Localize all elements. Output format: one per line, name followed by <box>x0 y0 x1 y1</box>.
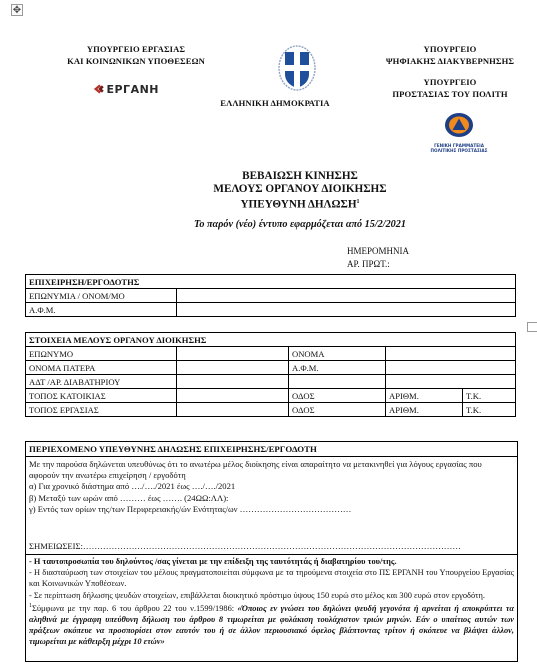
footnote-lead: Σύμφωνα με την παρ. 6 του άρθρου 22 του … <box>32 604 238 613</box>
declaration-hours[interactable]: β) Μεταξύ των ωρών από ……… έως ……. (24ΩΩ… <box>29 493 514 504</box>
company-name-label: ΕΠΩΝΥΜΙΑ / ΟΝΟΜ/ΜΟ <box>26 289 177 303</box>
title-line-2: ΜΕΛΟΥΣ ΟΡΓΑΝΟΥ ΔΙΟΙΚΗΣΗΣ <box>150 183 450 196</box>
declaration-content: Με την παρούσα δηλώνεται υπευθύνως ότι τ… <box>26 457 517 538</box>
hellenic-republic-label: ΕΛΛΗΝΙΚΗ ΔΗΜΟΚΡΑΤΙΑ <box>215 97 335 109</box>
labour-ministry-line-2: ΚΑΙ ΚΟΙΝΩΝΙΚΩΝ ΥΠΟΘΕΣΕΩΝ <box>56 55 216 67</box>
employer-tax-id-field[interactable] <box>177 303 516 317</box>
member-tax-id-field[interactable] <box>386 361 516 375</box>
rule-verification: - Η διασταύρωση των στοιχείων του μέλους… <box>29 567 514 589</box>
residence-label: ΤΟΠΟΣ ΚΑΤΟΙΚΙΑΣ <box>26 389 177 403</box>
workplace-number-label[interactable]: ΑΡΙΘΜ. <box>386 403 463 417</box>
employer-table: ΕΠΙΧΕΙΡΗΣΗ/ΕΡΓΟΔΟΤΗΣ ΕΠΩΝΥΜΙΑ / ΟΝΟΜ/ΜΟ … <box>25 274 516 317</box>
residence-street-label[interactable]: ΟΔΟΣ <box>289 389 386 403</box>
residence-postcode-label[interactable]: Τ.Κ. <box>463 389 516 403</box>
title-line-1: ΒΕΒΑΙΩΣΗ ΚΙΝΗΣΗΣ <box>150 170 450 183</box>
civil-protection-logo-text: ΓΕΝΙΚΗ ΓΡΑΜΜΑΤΕΙΑ ΠΟΛΙΤΙΚΗΣ ΠΡΟΣΤΑΣΙΑΣ <box>429 143 489 153</box>
id-passport-field[interactable] <box>177 375 289 389</box>
surname-field[interactable] <box>177 347 289 361</box>
digital-ministry-line-2: ΨΗΦΙΑΚΗΣ ΔΙΑΚΥΒΕΡΝΗΣΗΣ <box>375 55 525 67</box>
rule-penalty: - Σε περίπτωση δήλωσης ψευδών στοιχείων,… <box>29 590 514 601</box>
first-name-field[interactable] <box>386 347 516 361</box>
declaration-period[interactable]: α) Για χρονικό διάστημα από …./…./2021 έ… <box>29 481 514 492</box>
father-name-field[interactable] <box>177 361 289 375</box>
employer-tax-id-label: Α.Φ.Μ. <box>26 303 177 317</box>
declaration-intro: Με την παρούσα δηλώνεται υπευθύνως ότι τ… <box>29 459 514 481</box>
validity-note: Το παρόν (νέο) έντυπο εφαρμόζεται από 15… <box>130 219 470 230</box>
table-resize-marker[interactable] <box>527 322 537 332</box>
father-name-label: ΟΝΟΜΑ ΠΑΤΕΡΑ <box>26 361 177 375</box>
workplace-label: ΤΟΠΟΣ ΕΡΓΑΣΙΑΣ <box>26 403 177 417</box>
declaration-box: ΠΕΡΙΕΧΟΜΕΝΟ ΥΠΕΥΘΥΝΗΣ ΔΗΛΩΣΗΣ ΕΠΙΧΕΙΡΗΣΗ… <box>25 441 518 662</box>
title-footnote-mark: 1 <box>357 199 360 205</box>
protocol-number-label: ΑΡ. ΠΡΩΤ.: <box>347 258 390 270</box>
digital-ministry-heading: ΥΠΟΥΡΓΕΙΟ ΨΗΦΙΑΚΗΣ ΔΙΑΚΥΒΕΡΝΗΣΗΣ <box>375 43 525 67</box>
id-passport-label: ΑΔΤ /ΑΡ. ΔΙΑΒΑΤΗΡΙΟΥ <box>26 375 177 389</box>
civil-protection-text-line-2: ΠΟΛΙΤΙΚΗΣ ΠΡΟΣΤΑΣΙΑΣ <box>429 148 489 153</box>
citizen-protection-ministry-heading: ΥΠΟΥΡΓΕΙΟ ΠΡΟΣΤΑΣΙΑΣ ΤΟΥ ΠΟΛΙΤΗ <box>375 76 525 100</box>
digital-ministry-line-1: ΥΠΟΥΡΓΕΙΟ <box>375 43 525 55</box>
notes-field[interactable]: ΣΗΜΕΙΩΣΕΙΣ:……………………………………………………………………………… <box>26 538 517 555</box>
workplace-street-label[interactable]: ΟΔΟΣ <box>289 403 386 417</box>
ergani-logo: ΕΡΓΑΝΗ <box>93 80 159 98</box>
member-table: ΣΤΟΙΧΕΙΑ ΜΕΛΟΥΣ ΟΡΓΑΝΟΥ ΔΙΟΙΚΗΣΗΣ ΕΠΩΝΥΜ… <box>25 332 516 417</box>
date-label: ΗΜΕΡΟΜΗΝΙΑ <box>347 245 409 257</box>
title-line-3-text: ΥΠΕΥΘΥΝΗ ΔΗΛΩΣΗ <box>240 199 356 211</box>
rules-text: - Η ταυτοπροσωπία του δηλούντος /σας γίν… <box>26 555 517 648</box>
empty-cell-value[interactable] <box>386 375 516 389</box>
labour-ministry-line-1: ΥΠΟΥΡΓΕΙΟ ΕΡΓΑΣΙΑΣ <box>56 43 216 55</box>
citizen-protection-line-1: ΥΠΟΥΡΓΕΙΟ <box>375 76 525 88</box>
declaration-regions[interactable]: γ) Εντός των ορίων της/των Περιφερειακής… <box>29 504 514 515</box>
company-name-field[interactable] <box>177 289 516 303</box>
workplace-field[interactable] <box>177 403 289 417</box>
ergani-logo-icon <box>93 83 105 95</box>
residence-field[interactable] <box>177 389 289 403</box>
legal-footnote: 1Σύμφωνα με την παρ. 6 του άρθρου 22 του… <box>29 601 514 648</box>
workplace-postcode-label[interactable]: Τ.Κ. <box>463 403 516 417</box>
residence-number-label[interactable]: ΑΡΙΘΜ. <box>386 389 463 403</box>
ergani-logo-text: ΕΡΓΑΝΗ <box>106 83 159 96</box>
rule-identity: - Η ταυτοπροσωπία του δηλούντος /σας γίν… <box>29 556 514 567</box>
labour-ministry-heading: ΥΠΟΥΡΓΕΙΟ ΕΡΓΑΣΙΑΣ ΚΑΙ ΚΟΙΝΩΝΙΚΩΝ ΥΠΟΘΕΣ… <box>56 43 216 67</box>
first-name-label: ΟΝΟΜΑ <box>289 347 386 361</box>
title-line-3: ΥΠΕΥΘΥΝΗ ΔΗΛΩΣΗ1 <box>150 196 450 212</box>
citizen-protection-line-2: ΠΡΟΣΤΑΣΙΑΣ ΤΟΥ ΠΟΛΙΤΗ <box>375 88 525 100</box>
member-section-title: ΣΤΟΙΧΕΙΑ ΜΕΛΟΥΣ ΟΡΓΑΝΟΥ ΔΙΟΙΚΗΣΗΣ <box>26 333 516 347</box>
employer-section-title: ΕΠΙΧΕΙΡΗΣΗ/ΕΡΓΟΔΟΤΗΣ <box>26 275 516 289</box>
document-title: ΒΕΒΑΙΩΣΗ ΚΙΝΗΣΗΣ ΜΕΛΟΥΣ ΟΡΓΑΝΟΥ ΔΙΟΙΚΗΣΗ… <box>150 170 450 212</box>
surname-label: ΕΠΩΝΥΜΟ <box>26 347 177 361</box>
table-move-handle[interactable]: ✥ <box>11 4 23 16</box>
empty-cell <box>289 375 386 389</box>
member-tax-id-label: Α.Φ.Μ. <box>289 361 386 375</box>
greek-emblem-icon <box>277 44 317 96</box>
declaration-section-title: ΠΕΡΙΕΧΟΜΕΝΟ ΥΠΕΥΘΥΝΗΣ ΔΗΛΩΣΗΣ ΕΠΙΧΕΙΡΗΣΗ… <box>26 442 517 457</box>
